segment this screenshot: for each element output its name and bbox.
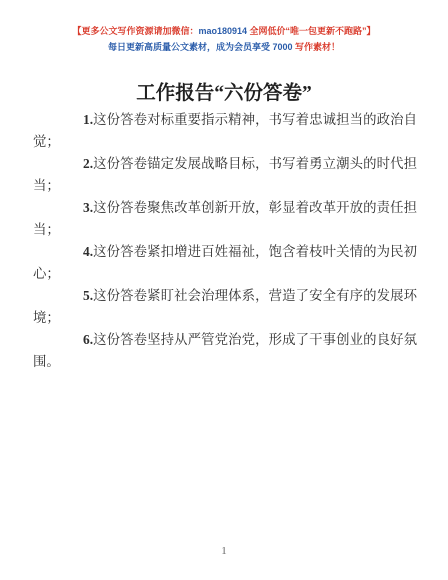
ad-line1-suffix: 全网低价“唯一包更新不跑路”】 xyxy=(247,26,376,36)
paragraph-3-number: 3. xyxy=(83,200,93,215)
paragraph-6: 6.这份答卷坚持从严管党治党，形成了干事创业的良好氛围。 xyxy=(33,329,417,373)
ad-line2-count: 7000 xyxy=(272,42,292,52)
paragraph-5-number: 5. xyxy=(83,288,93,303)
paragraph-2: 2.这份答卷锚定发展战略目标，书写着勇立潮头的时代担当； xyxy=(33,153,417,197)
paragraph-2-number: 2. xyxy=(83,156,93,171)
paragraph-5: 5.这份答卷紧盯社会治理体系，营造了安全有序的发展环境； xyxy=(33,285,417,329)
paragraph-1-number: 1. xyxy=(83,112,93,127)
document-title: 工作报告“六份答卷” xyxy=(0,82,448,106)
ad-line-2: 每日更新高质量公文素材，成为会员享受 7000 写作素材！ xyxy=(0,39,448,55)
ad-line1-prefix: 【更多公文写作资源请加微信： xyxy=(72,26,198,36)
ad-line1-wechat-id: mao180914 xyxy=(198,26,247,36)
ad-banner: 【更多公文写作资源请加微信：mao180914 全网低价“唯一包更新不跑路”】 … xyxy=(0,23,448,55)
paragraph-3: 3.这份答卷聚焦改革创新开放，彰显着改革开放的责任担当； xyxy=(33,197,417,241)
document-page: 【更多公文写作资源请加微信：mao180914 全网低价“唯一包更新不跑路”】 … xyxy=(0,0,448,580)
ad-line2-prefix: 每日更新高质量公文素材，成为会员享受 xyxy=(108,42,273,52)
paragraph-4-number: 4. xyxy=(83,244,93,259)
paragraph-6-number: 6. xyxy=(83,332,93,347)
page-number: 1 xyxy=(0,544,448,558)
paragraph-4: 4.这份答卷紧扣增进百姓福祉，饱含着枝叶关情的为民初心； xyxy=(33,241,417,285)
paragraph-1: 1.这份答卷对标重要指示精神，书写着忠诚担当的政治自觉； xyxy=(33,109,417,153)
ad-line-1: 【更多公文写作资源请加微信：mao180914 全网低价“唯一包更新不跑路”】 xyxy=(0,23,448,39)
document-body: 1.这份答卷对标重要指示精神，书写着忠诚担当的政治自觉； 2.这份答卷锚定发展战… xyxy=(33,109,417,373)
ad-line2-suffix: 写作素材！ xyxy=(293,42,341,52)
